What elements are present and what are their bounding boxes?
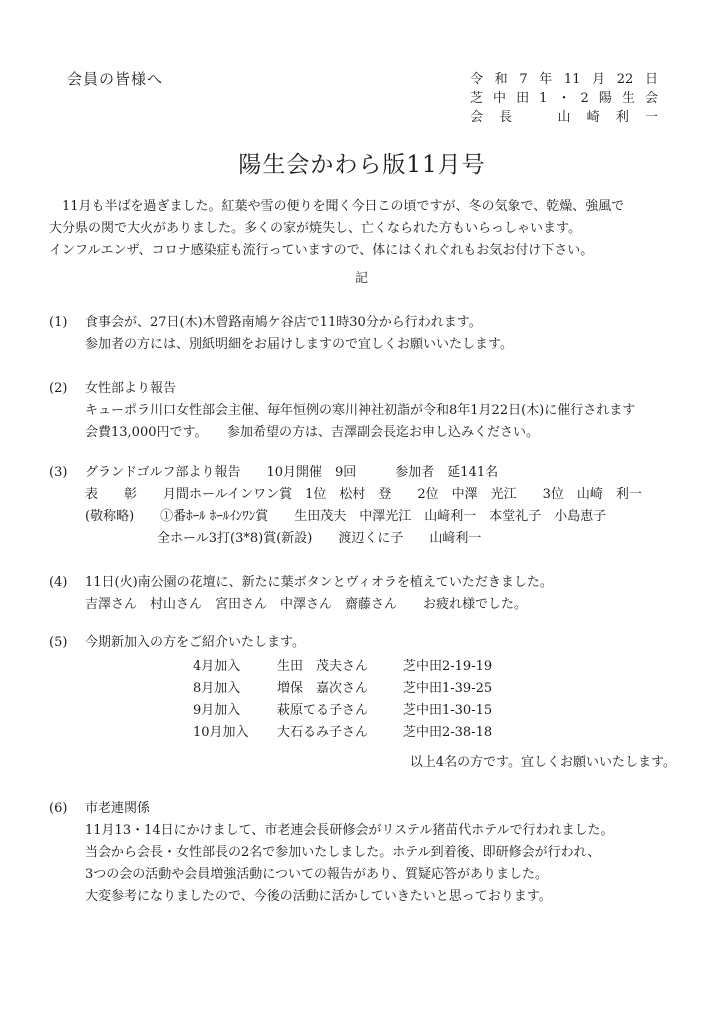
item-line: 11月13・14日にかけまして、市老連会長研修会がリステル猪苗代ホテルで行われま… [85, 820, 676, 842]
intro-line: 11月も半ばを過ぎました。紅葉や雪の便りを聞く今日この頃ですが、冬の気象で、乾燥… [49, 196, 676, 218]
newsletter-item-3: (3) グランドゴルフ部より報告 10月開催 9回 参加者 延141名 表 彰 … [49, 462, 676, 550]
intro-paragraph: 11月も半ばを過ぎました。紅葉や雪の便りを聞く今日この頃ですが、冬の気象で、乾燥… [49, 196, 676, 262]
item-line: 参加者の方には、別紙明細をお届けしますので宜しくお願いいたします。 [85, 334, 676, 356]
member-closing-note: 以上4名の方です。宜しくお願いいたします。 [85, 752, 676, 774]
item-body: 11日(火)南公園の花壇に、新たに葉ボタンとヴィオラを植えていただきました。 吉… [85, 572, 676, 616]
member-row: 9月加入 萩原てる子さん 芝中田1-30-15 [193, 700, 676, 722]
organization-line: 芝中田1・2陽生会 [470, 89, 658, 108]
intro-line: 大分県の関で大火がありました。多くの家が焼失し、亡くなられた方もいらっしゃいます… [49, 218, 676, 240]
item-line: 当会から会長・女性部長の2名で参加いたしました。ホテル到着後、即研修会が行われ、 [85, 842, 676, 864]
member-address: 芝中田1-30-15 [403, 700, 492, 722]
item-line: 会費13,000円です。 参加希望の方は、吉澤副会長迄お申し込みください。 [85, 422, 676, 444]
item-line: 表 彰 月間ホールインワン賞 1位 松村 登 2位 中澤 光江 3位 山崎 利一 [85, 484, 676, 506]
member-row: 4月加入 生田 茂夫さん 芝中田2-19-19 [193, 656, 676, 678]
item-line: グランドゴルフ部より報告 10月開催 9回 参加者 延141名 [85, 462, 676, 484]
item-number: (6) [49, 798, 85, 908]
item-number: (4) [49, 572, 85, 616]
newsletter-title: 陽生会かわら版11月号 [0, 146, 724, 179]
record-marker: 記 [49, 268, 676, 290]
member-join-month: 4月加入 [193, 656, 277, 678]
newsletter-item-5: (5) 今期新加入の方をご紹介いたします。 4月加入 生田 茂夫さん 芝中田2-… [49, 632, 676, 774]
item-line: 吉澤さん 村山さん 宮田さん 中澤さん 齋藤さん お疲れ様でした。 [85, 594, 676, 616]
member-name: 増保 嘉次さん [277, 678, 403, 700]
item-number: (5) [49, 632, 85, 774]
member-address: 芝中田2-38-18 [403, 722, 492, 744]
item-line: 市老連関係 [85, 798, 676, 820]
item-number: (1) [49, 312, 85, 356]
item-line: キューポラ川口女性部会主催、毎年恒例の寒川神社初詣が令和8年1月22日(木)に催… [85, 400, 676, 422]
item-line: 女性部より報告 [85, 378, 676, 400]
intro-line: インフルエンザ、コロナ感染症も流行っていますので、体にはくれぐれもお気お付け下さ… [49, 240, 676, 262]
new-member-table: 4月加入 生田 茂夫さん 芝中田2-19-19 8月加入 増保 嘉次さん 芝中田… [193, 656, 676, 744]
member-join-month: 8月加入 [193, 678, 277, 700]
newsletter-page: 会員の皆様へ 令和7年11月22日 芝中田1・2陽生会 会長 山崎利一 陽生会か… [0, 0, 724, 1024]
newsletter-item-4: (4) 11日(火)南公園の花壇に、新たに葉ボタンとヴィオラを植えていただきまし… [49, 572, 676, 616]
member-name: 大石るみ子さん [277, 722, 403, 744]
item-line: 3つの会の活動や会員増強活動についての報告があり、質疑応答がありました。 [85, 864, 676, 886]
president-line: 会長 山崎利一 [470, 108, 658, 127]
item-line: 今期新加入の方をご紹介いたします。 [85, 632, 676, 654]
item-body: 今期新加入の方をご紹介いたします。 4月加入 生田 茂夫さん 芝中田2-19-1… [85, 632, 676, 774]
member-join-month: 10月加入 [193, 722, 277, 744]
newsletter-item-1: (1) 食事会が、27日(木)木曾路南鳩ケ谷店で11時30分から行われます。 参… [49, 312, 676, 356]
member-address: 芝中田1-39-25 [403, 678, 492, 700]
item-line: 大変参考になりましたので、今後の活動に活かしていきたいと思っております。 [85, 886, 676, 908]
document-body: 11月も半ばを過ぎました。紅葉や雪の便りを聞く今日この頃ですが、冬の気象で、乾燥… [49, 196, 676, 908]
item-number: (2) [49, 378, 85, 444]
date-line: 令和7年11月22日 [470, 70, 658, 89]
item-body: 食事会が、27日(木)木曾路南鳩ケ谷店で11時30分から行われます。 参加者の方… [85, 312, 676, 356]
member-join-month: 9月加入 [193, 700, 277, 722]
member-address: 芝中田2-19-19 [403, 656, 492, 678]
member-row: 8月加入 増保 嘉次さん 芝中田1-39-25 [193, 678, 676, 700]
header-right-block: 令和7年11月22日 芝中田1・2陽生会 会長 山崎利一 [470, 70, 658, 127]
member-name: 萩原てる子さん [277, 700, 403, 722]
item-line: 全ホール3打(3*8)賞(新設) 渡辺くに子 山﨑利一 [157, 528, 676, 550]
newsletter-item-2: (2) 女性部より報告 キューポラ川口女性部会主催、毎年恒例の寒川神社初詣が令和… [49, 378, 676, 444]
item-number: (3) [49, 462, 85, 550]
item-line: (敬称略) ①番ﾎｰﾙ ﾎｰﾙｲﾝﾜﾝ賞 生田茂夫 中澤光江 山﨑利一 本堂礼子… [85, 506, 676, 528]
item-body: 女性部より報告 キューポラ川口女性部会主催、毎年恒例の寒川神社初詣が令和8年1月… [85, 378, 676, 444]
item-body: グランドゴルフ部より報告 10月開催 9回 参加者 延141名 表 彰 月間ホー… [85, 462, 676, 550]
item-line: 食事会が、27日(木)木曾路南鳩ケ谷店で11時30分から行われます。 [85, 312, 676, 334]
greeting: 会員の皆様へ [67, 68, 163, 89]
member-name: 生田 茂夫さん [277, 656, 403, 678]
newsletter-item-6: (6) 市老連関係 11月13・14日にかけまして、市老連会長研修会がリステル猪… [49, 798, 676, 908]
member-row: 10月加入 大石るみ子さん 芝中田2-38-18 [193, 722, 676, 744]
item-body: 市老連関係 11月13・14日にかけまして、市老連会長研修会がリステル猪苗代ホテ… [85, 798, 676, 908]
item-line: 11日(火)南公園の花壇に、新たに葉ボタンとヴィオラを植えていただきました。 [85, 572, 676, 594]
